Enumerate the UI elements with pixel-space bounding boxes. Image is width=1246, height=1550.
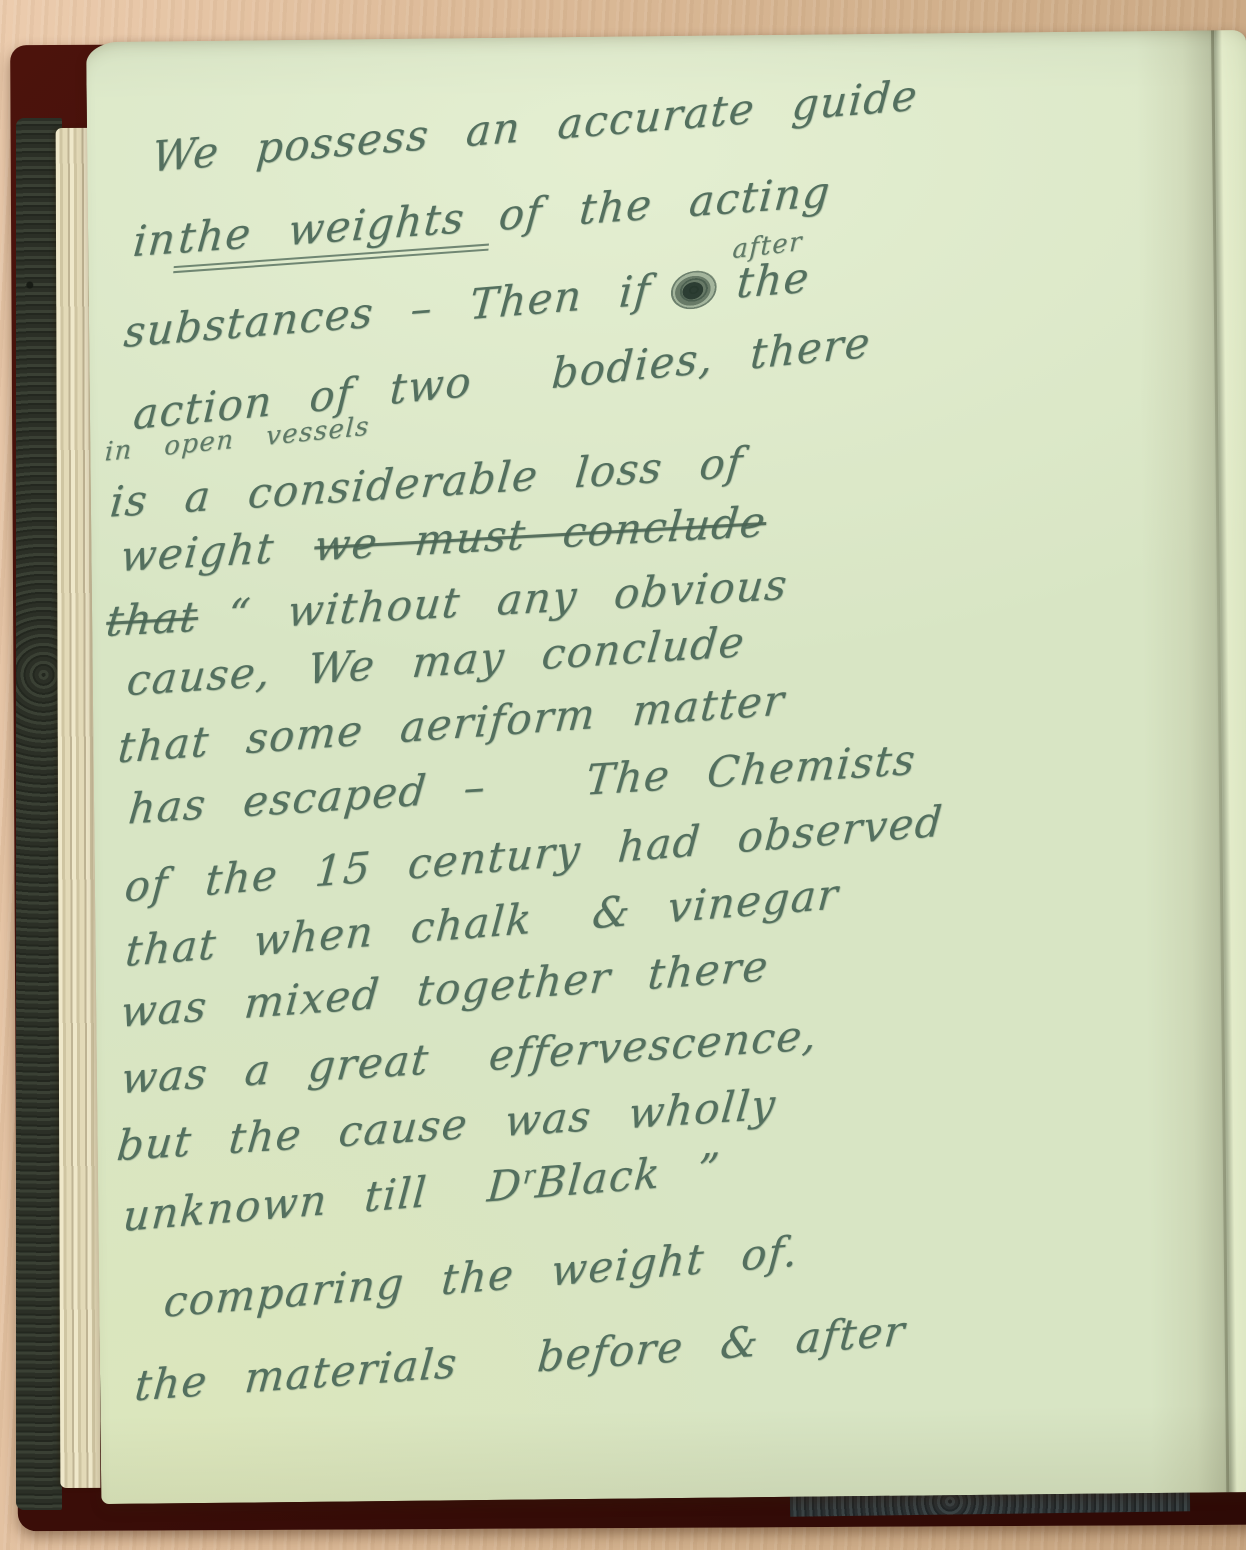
handwritten-text: before & after xyxy=(535,1306,907,1382)
handwriting-row: comparing the weight of. xyxy=(162,1226,800,1327)
handwritten-text: the xyxy=(735,252,812,307)
handwritten-text: in xyxy=(131,214,179,267)
handwritten-text: & vinegar xyxy=(590,869,840,938)
manuscript-line: the materialsbefore & after xyxy=(133,1306,907,1410)
handwriting-row: We possess an accurate guide xyxy=(150,70,920,181)
handwritten-text: comparing the weight of. xyxy=(162,1226,800,1327)
handwriting-row: the materialsbefore & after xyxy=(133,1306,908,1411)
handwritten-text: has escaped – xyxy=(126,762,488,834)
handwritten-text: the materials xyxy=(133,1338,460,1411)
handwritten-text: We possess an accurate guide xyxy=(150,70,920,181)
handwritten-text: weight xyxy=(118,523,277,581)
handwritten-text: was a great xyxy=(119,1035,432,1104)
manuscript-text-layer: We possess an accurate guidein the weigh… xyxy=(86,30,1246,1504)
struck-text: that xyxy=(104,592,201,646)
manuscript-line: comparing the weight of. xyxy=(162,1227,800,1327)
handwritten-text: unknown till xyxy=(121,1167,429,1241)
ink-blot xyxy=(669,269,718,311)
handwritten-text: bodies, there xyxy=(550,317,872,398)
underlined-phrase: the weights xyxy=(174,191,494,273)
wood-table: We possess an accurate guidein the weigh… xyxy=(0,0,1246,1550)
handwritten-text: Black ” xyxy=(534,1143,723,1207)
marbled-cover-edge xyxy=(16,118,62,1510)
manuscript-line: We possess an accurate guide xyxy=(150,71,920,181)
handwritten-text: effervescence, xyxy=(487,1010,820,1080)
handwritten-text: substances – Then if xyxy=(122,265,653,357)
handwritten-text: D xyxy=(485,1159,524,1211)
notebook-page: We possess an accurate guidein the weigh… xyxy=(86,30,1246,1504)
handwritten-text: The Chemists xyxy=(584,735,919,805)
